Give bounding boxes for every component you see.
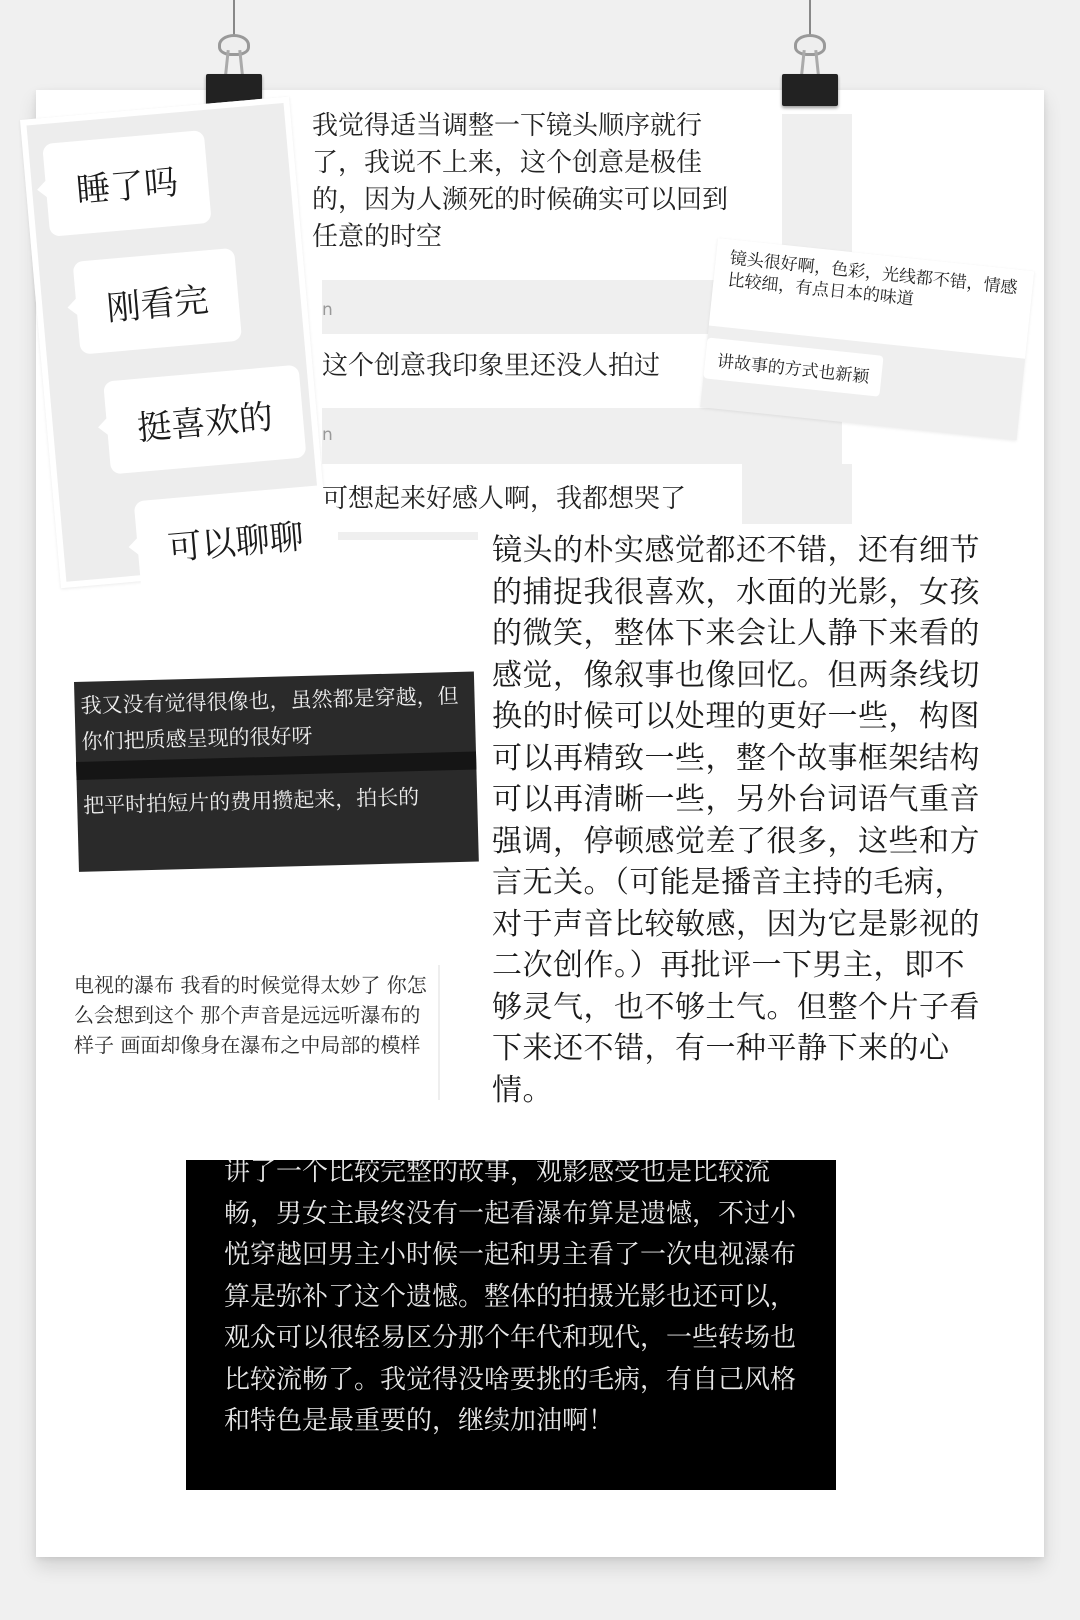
gray-strip bbox=[338, 532, 478, 540]
gray-strip bbox=[322, 408, 842, 464]
gray-strip bbox=[782, 114, 852, 254]
chat-bubble-text: 可以聊聊 bbox=[166, 517, 305, 569]
chat-bubble: 可以聊聊 bbox=[134, 484, 337, 594]
chat-bubble-text: 刚看完 bbox=[105, 280, 210, 329]
comment-storytelling-novel: 讲故事的方式也新颖 bbox=[703, 337, 883, 396]
comment-touching: 可想起来好感人啊，我都想哭了 bbox=[322, 478, 686, 515]
comment-save-funds: 把平时拍短片的费用攒起来，拍长的 bbox=[83, 778, 474, 824]
black-comment-card: 讲了一个比较完整的故事，观影感受也是比较流畅，男女主最终没有一起看瀑布算是遗憾，… bbox=[186, 1160, 836, 1490]
comment-tv-waterfall: 电视的瀑布 我看的时候觉得太妙了 你怎么会想到这个 那个声音是远远听瀑布的样子 … bbox=[74, 970, 429, 1060]
comment-texture: 我又没有觉得很像也，虽然都是穿越，但你们把质感呈现的很好呀 bbox=[80, 678, 472, 760]
comment-long-review: 镜头的朴实感觉都还不错，还有细节的捕捉我很喜欢，水面的光影，女孩的微笑，整体下来… bbox=[492, 530, 982, 1111]
chat-screenshot-left: 睡了吗 刚看完 挺喜欢的 可以聊聊 bbox=[20, 96, 330, 588]
comment-no-one-filmed: 这个创意我印象里还没人拍过 bbox=[322, 345, 660, 382]
chat-bubble: 挺喜欢的 bbox=[103, 365, 306, 475]
divider bbox=[438, 965, 440, 1100]
chat-bubble-text: 睡了吗 bbox=[75, 163, 180, 212]
strip-letter: n bbox=[322, 425, 333, 445]
chat-bubble: 刚看完 bbox=[73, 248, 242, 355]
comment-top: 我觉得适当调整一下镜头顺序就行了，我说不上来，这个创意是极佳的，因为人濒死的时候… bbox=[312, 108, 742, 256]
binder-clip-icon bbox=[780, 0, 840, 110]
comment-complete-story: 讲了一个比较完整的故事，观影感受也是比较流畅，男女主最终没有一起看瀑布算是遗憾，… bbox=[224, 1160, 804, 1443]
chat-bubble: 睡了吗 bbox=[42, 130, 211, 237]
gray-strip bbox=[742, 464, 852, 524]
gray-strip bbox=[322, 280, 742, 334]
chat-screenshot-right: 镜头很好啊，色彩，光线都不错，情感比较细，有点日本的味道 讲故事的方式也新颖 bbox=[700, 238, 1034, 440]
chat-bubble-text: 挺喜欢的 bbox=[136, 397, 275, 449]
strip-letter: n bbox=[322, 300, 333, 320]
dark-chat-screenshot: 我又没有觉得很像也，虽然都是穿越，但你们把质感呈现的很好呀 把平时拍短片的费用攒… bbox=[74, 672, 479, 872]
binder-clip-icon bbox=[204, 0, 264, 110]
